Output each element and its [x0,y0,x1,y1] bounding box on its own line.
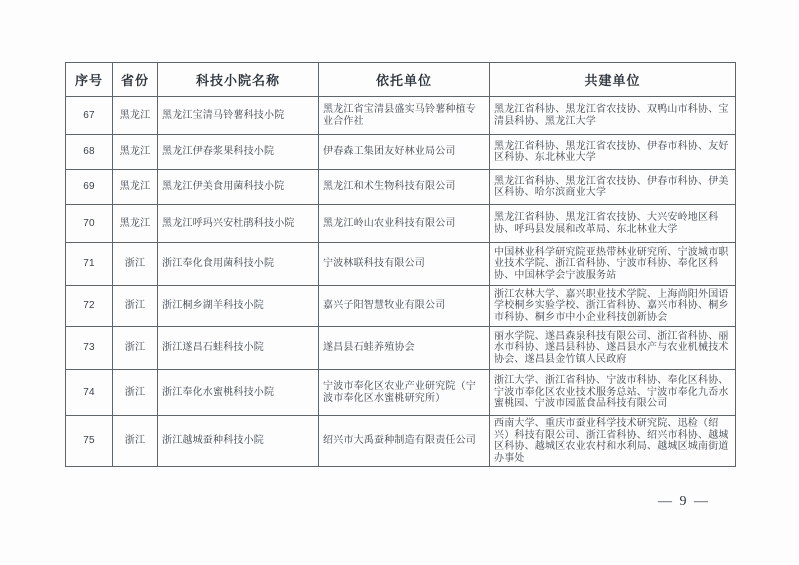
cell-seq: 70 [66,205,113,243]
cell-province: 浙江 [113,416,158,467]
cell-seq: 69 [66,170,113,205]
cell-province: 黑龙江 [113,205,158,243]
header-partners: 共建单位 [490,63,736,97]
cell-host: 宁波市奉化区农业产业研究院（宁波市奉化区水蜜桃研究所） [319,370,490,416]
cell-host: 伊春森工集团友好林业局公司 [319,135,490,170]
cell-host: 黑龙江岭山农业科技有限公司 [319,205,490,243]
table-row: 72 浙江 浙江桐乡湖羊科技小院 嘉兴子阳智慧牧业有限公司 浙江农林大学、嘉兴职… [66,286,736,327]
cell-seq: 72 [66,286,113,327]
cell-province: 浙江 [113,327,158,370]
cell-seq: 73 [66,327,113,370]
table-row: 71 浙江 浙江奉化食用菌科技小院 宁波林联科技有限公司 中国林业科学研究院亚热… [66,243,736,286]
table-row: 67 黑龙江 黑龙江宝清马铃薯科技小院 黑龙江省宝清县盛实马铃薯种植专业合作社 … [66,97,736,135]
cell-province: 黑龙江 [113,135,158,170]
cell-partners: 黑龙江省科协、黑龙江省农技协、伊春市科协、友好区科协、东北林业大学 [490,135,736,170]
table-header-row: 序号 省份 科技小院名称 依托单位 共建单位 [66,63,736,97]
cell-seq: 75 [66,416,113,467]
header-name: 科技小院名称 [158,63,319,97]
cell-name: 浙江越城蚕种科技小院 [158,416,319,467]
cell-name: 浙江桐乡湖羊科技小院 [158,286,319,327]
document-page: 序号 省份 科技小院名称 依托单位 共建单位 67 黑龙江 黑龙江宝清马铃薯科技… [0,0,799,565]
cell-name: 浙江奉化水蜜桃科技小院 [158,370,319,416]
cell-seq: 67 [66,97,113,135]
cell-name: 浙江奉化食用菌科技小院 [158,243,319,286]
cell-name: 浙江遂昌石蛙科技小院 [158,327,319,370]
cell-seq: 74 [66,370,113,416]
table-row: 75 浙江 浙江越城蚕种科技小院 绍兴市大禹蚕种制造有限责任公司 西南大学、重庆… [66,416,736,467]
header-province: 省份 [113,63,158,97]
table-row: 73 浙江 浙江遂昌石蛙科技小院 遂昌县石蛙养殖协会 丽水学院、遂昌森泉科技有限… [66,327,736,370]
table-row: 68 黑龙江 黑龙江伊春浆果科技小院 伊春森工集团友好林业局公司 黑龙江省科协、… [66,135,736,170]
science-academy-table: 序号 省份 科技小院名称 依托单位 共建单位 67 黑龙江 黑龙江宝清马铃薯科技… [65,62,736,467]
cell-name: 黑龙江伊美食用菌科技小院 [158,170,319,205]
cell-province: 浙江 [113,370,158,416]
cell-name: 黑龙江宝清马铃薯科技小院 [158,97,319,135]
cell-province: 浙江 [113,286,158,327]
cell-host: 嘉兴子阳智慧牧业有限公司 [319,286,490,327]
cell-province: 黑龙江 [113,170,158,205]
table-row: 69 黑龙江 黑龙江伊美食用菌科技小院 黑龙江和术生物科技有限公司 黑龙江省科协… [66,170,736,205]
cell-partners: 黑龙江省科协、黑龙江省农技协、双鸭山市科协、宝清县科协、黑龙江大学 [490,97,736,135]
cell-partners: 黑龙江省科协、黑龙江省农技协、伊春市科协、伊美区科协、哈尔滨商业大学 [490,170,736,205]
header-host: 依托单位 [319,63,490,97]
cell-partners: 浙江大学、浙江省科协、宁波市科协、奉化区科协、宁波市奉化区农业技术服务总站、宁波… [490,370,736,416]
table-row: 74 浙江 浙江奉化水蜜桃科技小院 宁波市奉化区农业产业研究院（宁波市奉化区水蜜… [66,370,736,416]
cell-partners: 丽水学院、遂昌森泉科技有限公司、浙江省科协、丽水市科协、遂昌县科协、遂昌县水产与… [490,327,736,370]
header-seq: 序号 [66,63,113,97]
cell-province: 浙江 [113,243,158,286]
cell-host: 黑龙江省宝清县盛实马铃薯种植专业合作社 [319,97,490,135]
cell-partners: 西南大学、重庆市蚕业科学技术研究院、迅检（绍兴）科技有限公司、浙江省科协、绍兴市… [490,416,736,467]
cell-seq: 71 [66,243,113,286]
page-number: — 9 — [658,494,710,510]
cell-partners: 黑龙江省科协、黑龙江省农技协、大兴安岭地区科协、呼玛县发展和改革局、东北林业大学 [490,205,736,243]
cell-province: 黑龙江 [113,97,158,135]
cell-name: 黑龙江呼玛兴安杜鹃科技小院 [158,205,319,243]
cell-partners: 中国林业科学研究院亚热带林业研究所、宁波城市职业技术学院、浙江省科协、宁波市科协… [490,243,736,286]
cell-host: 遂昌县石蛙养殖协会 [319,327,490,370]
cell-host: 绍兴市大禹蚕种制造有限责任公司 [319,416,490,467]
cell-host: 黑龙江和术生物科技有限公司 [319,170,490,205]
cell-name: 黑龙江伊春浆果科技小院 [158,135,319,170]
table-row: 70 黑龙江 黑龙江呼玛兴安杜鹃科技小院 黑龙江岭山农业科技有限公司 黑龙江省科… [66,205,736,243]
cell-seq: 68 [66,135,113,170]
cell-host: 宁波林联科技有限公司 [319,243,490,286]
cell-partners: 浙江农林大学、嘉兴职业技术学院、上海尚阳外国语学校桐乡实验学校、浙江省科协、嘉兴… [490,286,736,327]
